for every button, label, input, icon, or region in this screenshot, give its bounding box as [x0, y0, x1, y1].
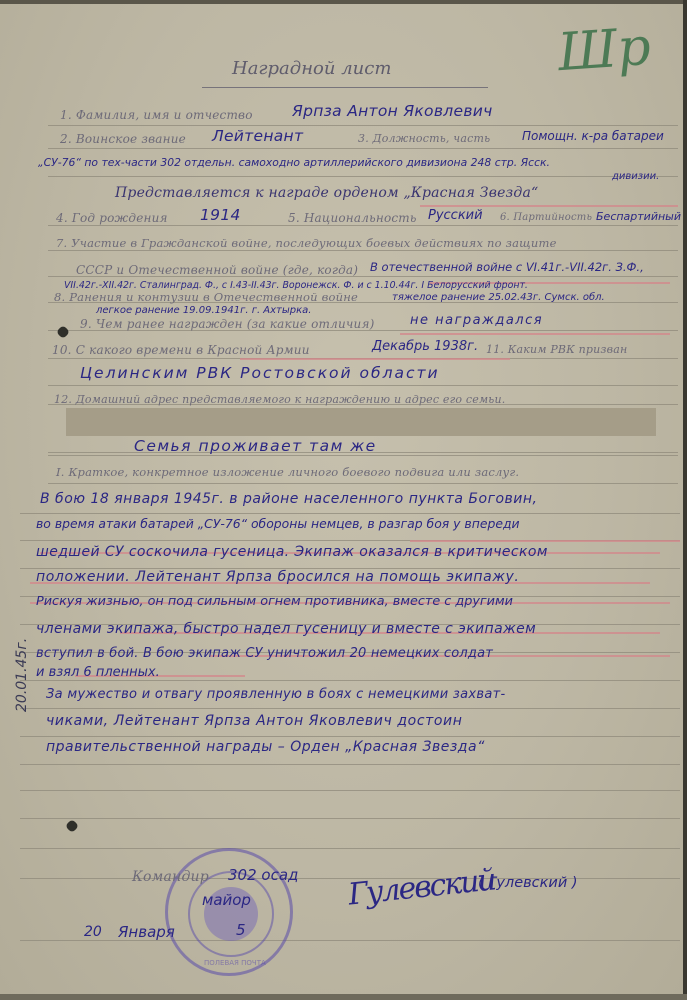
field-9-label: 9. Чем ранее награжден (за какие отличия…	[80, 318, 375, 330]
narrative-line: положении. Лейтенант Ярпза бросился на п…	[36, 570, 519, 584]
field-2-value: Лейтенант	[212, 129, 303, 145]
narrative-line: За мужество и отвагу проявленную в боях …	[46, 688, 505, 701]
punch-hole	[65, 819, 79, 833]
field-10-value: Декабрь 1938г.	[372, 340, 478, 353]
red-underline	[400, 333, 670, 335]
field-6-label: 6. Партийность	[500, 213, 592, 223]
field-6-value: Беспартийный	[596, 211, 681, 222]
narrative-line: членами экипажа, быстро надел гусеницу и…	[36, 622, 536, 636]
ruled-line	[48, 250, 678, 251]
field-2-label: 2. Воинское звание	[60, 133, 186, 145]
field-3-value-line2: „СУ-76“ по тех-части 302 отдельн. самохо…	[38, 158, 550, 169]
red-underline	[240, 358, 510, 360]
document-title: Наградной лист	[232, 60, 391, 78]
ruled-line	[48, 455, 678, 456]
narrative-line: шедшей СУ соскочила гусеница. Экипаж ока…	[36, 545, 548, 559]
field-11-label: 11. Каким РВК призван	[486, 344, 627, 355]
field-12-label: 12. Домашний адрес представляемого к наг…	[54, 394, 505, 405]
scan-edge-bottom	[0, 994, 687, 1000]
ruled-line	[20, 790, 680, 791]
ruled-line	[48, 385, 678, 386]
narrative-line: чиками, Лейтенант Ярпза Антон Яковлевич …	[46, 714, 463, 728]
field-3-value-line3: дивизии.	[612, 172, 659, 182]
field-1-label: 1. Фамилия, имя и отчество	[60, 109, 253, 121]
field-7-label-line1: 7. Участие в Гражданской войне, последую…	[56, 238, 557, 250]
field-10-label: 10. С какого времени в Красной Армии	[52, 344, 310, 356]
date-year: 5	[236, 923, 246, 938]
field-5-label: 5. Национальность	[288, 212, 417, 224]
commander-rank: майор	[202, 893, 251, 908]
date-day: 20	[84, 925, 102, 939]
field-8-label: 8. Ранения и контузии в Отечественной во…	[54, 292, 358, 304]
red-underline	[410, 540, 680, 542]
ruled-line	[20, 736, 680, 737]
ruled-line	[48, 148, 678, 149]
field-9-value: не награждался	[410, 314, 543, 327]
scan-edge-right	[683, 0, 687, 1000]
title-underline	[202, 87, 488, 88]
narrative-line: вступил в бой. В бою экипаж СУ уничтожил…	[36, 647, 493, 660]
field-8-value-line1: тяжелое ранение 25.02.43г. Сумск. обл.	[392, 293, 605, 303]
stamp-text: ПОЛЕВАЯ ПОЧТА	[204, 959, 266, 967]
commander-label: Командир	[132, 870, 209, 884]
section-1-label: I. Краткое, конкретное изложение личного…	[56, 467, 519, 479]
side-date-annotation: 20.01.45г.	[14, 638, 30, 712]
field-4-label: 4. Год рождения	[56, 212, 168, 224]
ruled-line	[20, 818, 680, 819]
ruled-line	[20, 708, 680, 709]
field-12-value: Семья проживает там же	[134, 439, 377, 455]
commander-unit: 302 осад	[228, 868, 298, 883]
narrative-line: и взял 6 пленных.	[36, 666, 160, 679]
narrative-line: Рискуя жизнью, он под сильным огнем прот…	[36, 596, 513, 609]
date-month: Января	[118, 925, 175, 940]
corner-initials-mark: Шр	[556, 17, 653, 83]
redacted-address-block	[66, 408, 656, 436]
narrative-line: во время атаки батарей „СУ-76“ обороны н…	[36, 518, 520, 530]
field-7-value-line2: VII.42г.-XII.42г. Сталинград. Ф., с I.43…	[64, 281, 528, 290]
narrative-line: правительственной награды – Орден „Красн…	[46, 740, 485, 754]
ruled-line	[48, 225, 678, 226]
punch-hole	[56, 325, 70, 339]
ruled-line	[20, 848, 680, 849]
field-7-label-line2: СССР и Отечественной войне (где, когда)	[76, 264, 358, 276]
red-underline	[420, 205, 678, 207]
field-8-value-line2: легкое ранение 19.09.1941г. г. Ахтырка.	[96, 306, 311, 316]
scan-edge-top	[0, 0, 687, 4]
field-11-value: Целинским РВК Ростовской области	[80, 366, 440, 382]
commander-signature: Гулевский	[347, 862, 497, 912]
narrative-line: В бою 18 января 1945г. в районе населенн…	[40, 492, 537, 506]
ruled-line	[20, 680, 680, 681]
field-3-label: 3. Должность, часть	[358, 133, 490, 144]
field-1-value: Ярпза Антон Яковлевич	[292, 104, 493, 120]
field-7-value-line1: В отечественной войне с VI.41г.-VII.42г.…	[370, 262, 644, 274]
ruled-line	[20, 764, 680, 765]
ruled-line	[48, 125, 678, 126]
field-5-value: Русский	[428, 209, 483, 222]
award-sheet-page: Шр Наградной лист 1. Фамилия, имя и отче…	[0, 0, 687, 1000]
field-4-value: 1914	[200, 208, 241, 224]
commander-printed-name: ( Гулевский )	[478, 876, 578, 891]
nomination-text: Представляется к награде орденом „Красна…	[115, 186, 538, 200]
ruled-line	[48, 483, 678, 484]
ruled-line	[20, 513, 680, 514]
ruled-line	[48, 176, 678, 177]
field-3-value-line1: Помощн. к-ра батареи	[522, 130, 664, 142]
